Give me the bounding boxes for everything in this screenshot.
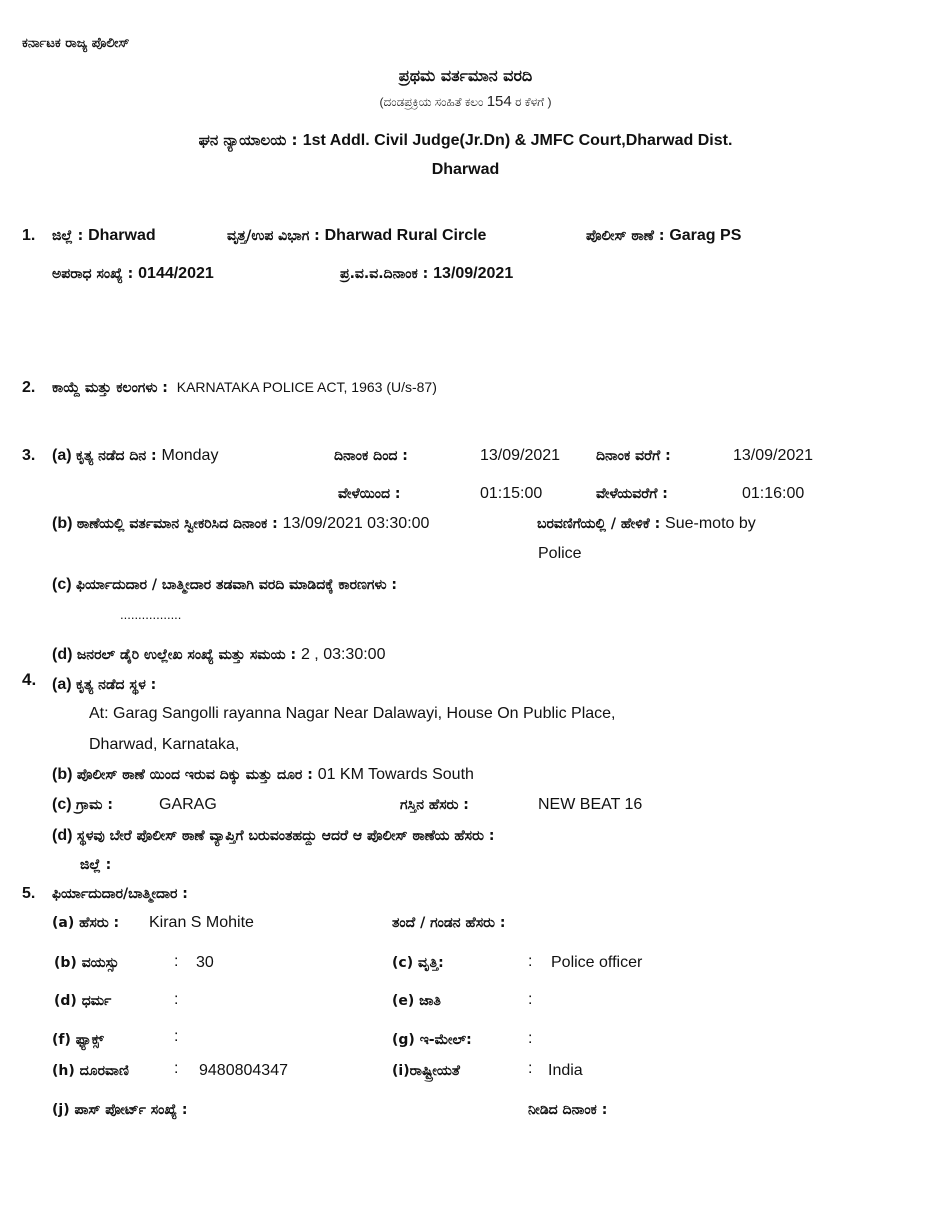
other-station-label: ಸ್ಥಳವು ಬೇರೆ ಪೊಲೀಸ್ ಠಾಣೆ ವ್ಯಾಪ್ತಿಗೆ ಬರುವಂ… (77, 828, 495, 844)
name-label: (a) ಹೆಸರು : (52, 915, 119, 931)
phone-value: 9480804347 (199, 1062, 288, 1080)
date-from-label: ದಿನಾಂಕ ದಿಂದ : (334, 448, 408, 464)
incident-address-line1: At: Garag Sangolli rayanna Nagar Near Da… (89, 705, 616, 723)
date-to-label: ದಿನಾಂಕ ವರೆಗೆ : (596, 448, 671, 464)
occupation-label: (c) ವೃತ್ತಿ: (392, 955, 444, 971)
fir-date-field: ಪ್ರ.ವ.ವ.ದಿನಾಂಕ : 13/09/2021 (340, 265, 513, 283)
fir-date-label: ಪ್ರ.ವ.ವ.ದಿನಾಂಕ : (340, 266, 433, 282)
item-d-prefix: (d) (52, 827, 77, 844)
nationality-colon: : (528, 1060, 532, 1078)
court-label: ಘನ ನ್ಯಾಯಾಲಯ : (199, 131, 303, 149)
written-statement-label: ಬರವಣಿಗೆಯಲ್ಲಿ / ಹೇಳಿಕೆ : (537, 516, 665, 532)
item-b-prefix: (b) (52, 766, 77, 783)
court-value: 1st Addl. Civil Judge(Jr.Dn) & JMFC Cour… (303, 132, 733, 149)
station-value: Garag PS (669, 227, 741, 244)
received-date-value: 13/09/2021 03:30:00 (283, 515, 430, 532)
fir-date-value: 13/09/2021 (433, 265, 513, 282)
org-name: ಕರ್ನಾಟಕ ರಾಜ್ಯ ಪೊಲೀಸ್ (22, 36, 129, 51)
village-label: ಗ್ರಾಮ : (76, 797, 113, 813)
fax-colon: : (174, 1028, 178, 1046)
item-d-prefix: (d) (52, 646, 77, 663)
station-label: ಪೊಲೀಸ್ ಠಾಣೆ : (586, 228, 669, 244)
time-to-label: ವೇಳೆಯವರೆಗೆ : (596, 486, 668, 502)
item-c-prefix: (c) (52, 576, 76, 593)
acts-value: KARNATAKA POLICE ACT, 1963 (U/s-87) (177, 379, 437, 395)
page-title: ಪ್ರಥಮ ವರ್ತಮಾನ ವರದಿ (0, 66, 931, 86)
incident-place-field: (a) ಕೃತ್ಯ ನಡೆದ ಸ್ಥಳ : (52, 676, 156, 694)
religion-label: (d) ಧರ್ಮ (54, 993, 111, 1009)
received-date-label: ಠಾಣೆಯಲ್ಲಿ ವರ್ತಮಾನ ಸ್ವೀಕರಿಸಿದ ದಿನಾಂಕ : (77, 516, 283, 532)
occupation-colon: : (528, 953, 532, 971)
written-statement-value-line2: Police (538, 545, 582, 563)
circle-field: ವೃತ್ತ/ಉಪ ವಿಭಾಗ : Dharwad Rural Circle (227, 227, 486, 245)
complainant-title: ಫಿರ್ಯಾದುದಾರ/ಬಾತ್ಮೀದಾರ : (52, 886, 188, 902)
crime-number-value: 0144/2021 (138, 265, 214, 282)
circle-label: ವೃತ್ತ/ಉಪ ವಿಭಾಗ : (227, 228, 325, 244)
delay-reason-field: (c) ಫಿರ್ಯಾದುದಾರ / ಬಾತ್ಮೀದಾರ ತಡವಾಗಿ ವರದಿ … (52, 576, 397, 594)
phone-label: (h) ದೂರವಾಣಿ (52, 1063, 129, 1079)
nationality-value: India (548, 1062, 583, 1080)
email-label: (g) ಇ-ಮೇಲ್: (392, 1032, 472, 1048)
beat-label: ಗಸ್ತಿನ ಹೆಸರು : (400, 797, 469, 813)
beat-value: NEW BEAT 16 (538, 796, 642, 814)
delay-reason-label: ಫಿರ್ಯಾದುದಾರ / ಬಾತ್ಮೀದಾರ ತಡವಾಗಿ ವರದಿ ಮಾಡಿ… (76, 577, 397, 593)
religion-colon: : (174, 991, 178, 1009)
item-b-prefix: (b) (52, 515, 77, 532)
email-colon: : (528, 1030, 532, 1048)
age-value: 30 (196, 954, 214, 972)
incident-day-value: Monday (162, 447, 219, 464)
fax-label: (f) ಫ್ಯಾಕ್ಸ್ (52, 1032, 104, 1048)
village-value: GARAG (159, 796, 217, 814)
age-label: (b) ವಯಸ್ಸು (54, 955, 119, 971)
page-subtitle: (ದಂಡಪ್ರಕ್ರಿಯ ಸಂಹಿತೆ ಕಲಂ 154 ರ ಕೆಳಗೆ ) (0, 93, 931, 110)
crime-number-field: ಅಪರಾಧ ಸಂಖ್ಯೆ : 0144/2021 (52, 265, 214, 283)
crime-number-label: ಅಪರಾಧ ಸಂಖ್ಯೆ : (52, 266, 138, 282)
date-to-value: 13/09/2021 (733, 447, 813, 465)
direction-distance-label: ಪೊಲೀಸ್ ಠಾಣೆ ಯಿಂದ ಇರುವ ದಿಕ್ಕು ಮತ್ತು ದೂರ : (77, 767, 318, 783)
caste-label: (e) ಜಾತಿ (392, 993, 441, 1009)
circle-value: Dharwad Rural Circle (325, 227, 487, 244)
section-2-number: 2. (22, 379, 35, 397)
section-4-number: 4. (22, 670, 36, 690)
section-1-number: 1. (22, 227, 35, 245)
phone-colon: : (174, 1060, 178, 1078)
item-a-prefix: (a) (52, 676, 76, 693)
district-label: ಜಿಲ್ಲೆ : (52, 228, 88, 244)
subtitle-suffix: ರ ಕೆಳಗೆ ) (512, 95, 552, 109)
received-date-field: (b) ಠಾಣೆಯಲ್ಲಿ ವರ್ತಮಾನ ಸ್ವೀಕರಿಸಿದ ದಿನಾಂಕ … (52, 515, 429, 533)
court-value-line2: Dharwad (0, 161, 931, 179)
item-a-prefix: (a) (52, 447, 76, 464)
nationality-label: (i)ರಾಷ್ಟ್ರೀಯತೆ (392, 1063, 460, 1079)
village-field: (c) ಗ್ರಾಮ : (52, 796, 113, 814)
direction-distance-field: (b) ಪೊಲೀಸ್ ಠಾಣೆ ಯಿಂದ ಇರುವ ದಿಕ್ಕು ಮತ್ತು ದ… (52, 766, 474, 784)
subtitle-prefix: (ದಂಡಪ್ರಕ್ರಿಯ ಸಂಹಿತೆ ಕಲಂ (380, 95, 487, 109)
written-statement-value: Sue-moto by (665, 515, 756, 532)
acts-field: ಕಾಯ್ದೆ ಮತ್ತು ಕಲಂಗಳು : KARNATAKA POLICE A… (52, 379, 437, 397)
incident-day-label: ಕೃತ್ಯ ನಡೆದ ದಿನ : (76, 448, 162, 464)
district-field: ಜಿಲ್ಲೆ : Dharwad (52, 227, 156, 245)
time-to-value: 01:16:00 (742, 485, 804, 503)
issued-date-label: ನೀಡಿದ ದಿನಾಂಕ : (528, 1102, 607, 1118)
general-diary-label: ಜನರಲ್ ಡೈರಿ ಉಲ್ಲೇಖ ಸಂಖ್ಯೆ ಮತ್ತು ಸಮಯ : (77, 647, 301, 663)
caste-colon: : (528, 991, 532, 1009)
incident-place-label: ಕೃತ್ಯ ನಡೆದ ಸ್ಥಳ : (76, 677, 156, 693)
incident-address-line2: Dharwad, Karnataka, (89, 736, 239, 754)
direction-distance-value: 01 KM Towards South (318, 766, 474, 783)
age-colon: : (174, 953, 178, 971)
father-name-label: ತಂದೆ / ಗಂಡನ ಹೆಸರು : (392, 915, 505, 931)
delay-reason-value: ................. (120, 607, 181, 622)
court-line: ಘನ ನ್ಯಾಯಾಲಯ : 1st Addl. Civil Judge(Jr.D… (0, 131, 931, 150)
date-from-value: 13/09/2021 (480, 447, 560, 465)
passport-label: (j) ಪಾಸ್ ಪೋರ್ಟ್ ಸಂಖ್ಯೆ : (52, 1102, 188, 1118)
acts-label: ಕಾಯ್ದೆ ಮತ್ತು ಕಲಂಗಳು : (52, 380, 173, 396)
written-statement-field: ಬರವಣಿಗೆಯಲ್ಲಿ / ಹೇಳಿಕೆ : Sue-moto by (537, 515, 756, 533)
district-value: Dharwad (88, 227, 156, 244)
subtitle-section: 154 (487, 93, 512, 110)
other-station-district-label: ಜಿಲ್ಲೆ : (80, 857, 111, 873)
occupation-value: Police officer (551, 954, 642, 972)
item-c-prefix: (c) (52, 796, 76, 813)
time-from-value: 01:15:00 (480, 485, 542, 503)
general-diary-value: 2 , 03:30:00 (301, 646, 386, 663)
time-from-label: ವೇಳೆಯಿಂದ : (338, 486, 401, 502)
incident-day-field: (a) ಕೃತ್ಯ ನಡೆದ ದಿನ : Monday (52, 447, 218, 465)
section-5-number: 5. (22, 885, 35, 903)
station-field: ಪೊಲೀಸ್ ಠಾಣೆ : Garag PS (586, 227, 741, 245)
general-diary-field: (d) ಜನರಲ್ ಡೈರಿ ಉಲ್ಲೇಖ ಸಂಖ್ಯೆ ಮತ್ತು ಸಮಯ :… (52, 646, 385, 664)
section-3-number: 3. (22, 447, 35, 465)
other-station-field: (d) ಸ್ಥಳವು ಬೇರೆ ಪೊಲೀಸ್ ಠಾಣೆ ವ್ಯಾಪ್ತಿಗೆ ಬ… (52, 827, 494, 845)
name-value: Kiran S Mohite (149, 914, 254, 932)
